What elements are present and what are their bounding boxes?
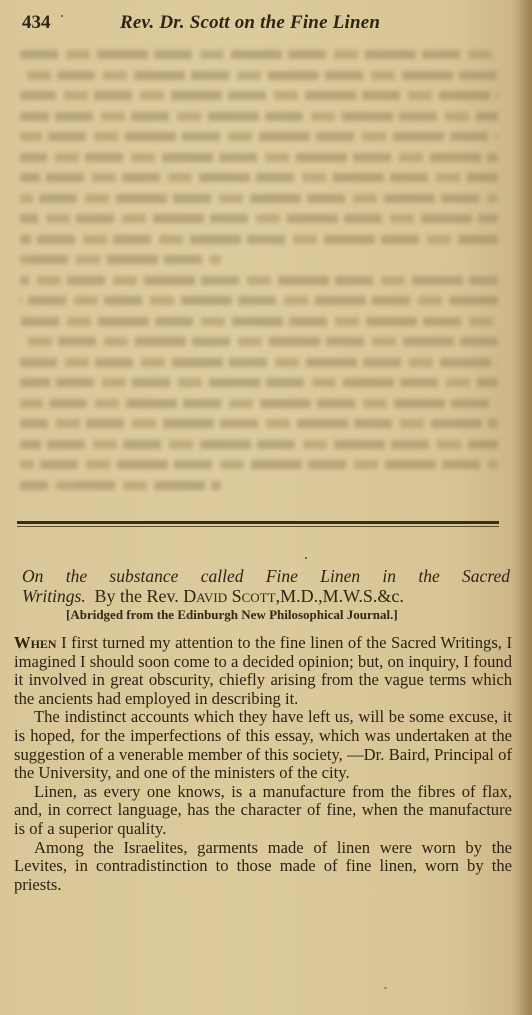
blurred-line bbox=[20, 481, 221, 490]
paper-speck bbox=[61, 15, 63, 17]
drop-lead-word: When bbox=[14, 633, 57, 652]
title-word: the bbox=[66, 566, 87, 586]
paragraph-2: The indistinct accounts which they have … bbox=[14, 708, 512, 782]
blurred-line bbox=[20, 378, 498, 387]
title-word: the bbox=[418, 566, 439, 586]
title-word: Linen bbox=[320, 566, 360, 586]
title-word: in bbox=[382, 566, 396, 586]
blurred-line bbox=[20, 419, 498, 428]
paragraph-1: When I first turned my attention to the … bbox=[14, 634, 512, 708]
paragraph-3: Linen, as every one knows, is a manufact… bbox=[14, 783, 512, 839]
blurred-line bbox=[20, 91, 498, 100]
title-word: Sacred bbox=[462, 566, 510, 586]
article-body: When I first turned my attention to the … bbox=[14, 634, 512, 894]
blurred-line bbox=[20, 399, 498, 408]
running-head: 434 Rev. Dr. Scott on the Fine Linen bbox=[22, 10, 502, 34]
blurred-line bbox=[20, 235, 498, 244]
scanned-page: 434 Rev. Dr. Scott on the Fine Linen Ont… bbox=[0, 0, 532, 1015]
blurred-line bbox=[20, 112, 498, 121]
blurred-line bbox=[20, 132, 498, 141]
blurred-line bbox=[20, 194, 498, 203]
byline: By the Rev. David Scott,M.D.,M.W.S.&c. bbox=[94, 586, 403, 606]
running-title: Rev. Dr. Scott on the Fine Linen bbox=[120, 12, 380, 34]
paper-speck bbox=[384, 987, 387, 989]
section-divider-thick bbox=[17, 521, 499, 524]
blurred-line bbox=[20, 214, 498, 223]
author-name: David Scott bbox=[183, 586, 275, 606]
blurred-line bbox=[20, 50, 498, 59]
blurred-line bbox=[20, 296, 498, 305]
blurred-line bbox=[20, 276, 498, 285]
title-word: substance bbox=[109, 566, 178, 586]
blurred-line bbox=[20, 255, 221, 264]
title-word: Fine bbox=[266, 566, 298, 586]
blurred-line bbox=[20, 173, 498, 182]
blurred-line bbox=[20, 358, 498, 367]
blurred-line bbox=[20, 71, 498, 80]
paper-speck bbox=[305, 557, 307, 559]
paragraph-1-text: I first turned my attention to the fine … bbox=[14, 633, 512, 708]
section-divider-thin bbox=[17, 526, 499, 527]
byline-prefix: By the Rev. bbox=[94, 586, 178, 606]
title-word: On bbox=[22, 566, 43, 586]
article-title-line2: Writings. By the Rev. David Scott,M.D.,M… bbox=[22, 586, 512, 606]
article-title: OnthesubstancecalledFineLinenintheSacred… bbox=[22, 566, 512, 606]
blurred-line bbox=[20, 317, 498, 326]
blurred-line bbox=[20, 460, 498, 469]
blurred-text-block bbox=[20, 50, 498, 506]
page-number: 434 bbox=[22, 12, 51, 34]
blurred-line bbox=[20, 337, 498, 346]
author-credentials: ,M.D.,M.W.S.&c. bbox=[276, 586, 404, 606]
title-word: called bbox=[201, 566, 244, 586]
blurred-line bbox=[20, 440, 498, 449]
article-title-line1: OnthesubstancecalledFineLinenintheSacred bbox=[22, 566, 510, 586]
blurred-line bbox=[20, 153, 498, 162]
title-writings: Writings. bbox=[22, 586, 86, 606]
source-note: [Abridged from the Edinburgh New Philoso… bbox=[66, 607, 398, 623]
paragraph-4: Among the Israelites, garments made of l… bbox=[14, 839, 512, 895]
